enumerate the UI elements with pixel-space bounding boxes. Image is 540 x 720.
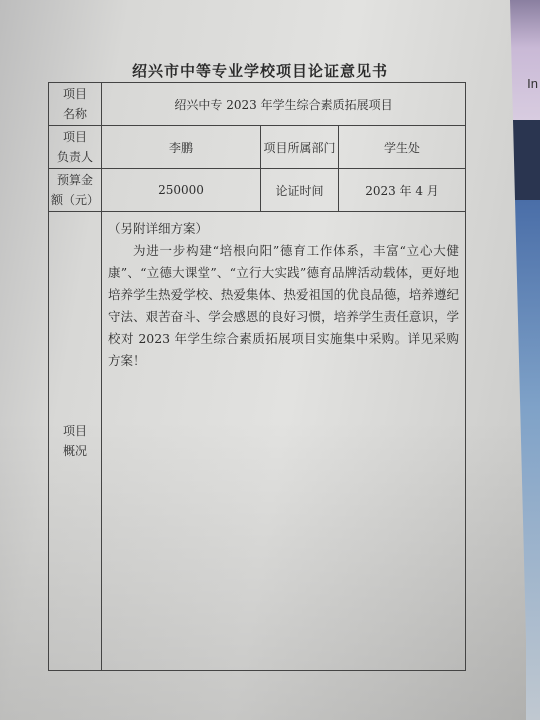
- background-label: In: [527, 76, 538, 91]
- label-review-time: 论证时间: [261, 169, 339, 212]
- row-overview: 项目 概况 （另附详细方案） 为进一步构建“培根向阳”德育工作体系，丰富“立心大…: [49, 212, 466, 671]
- label-project-name: 项目 名称: [49, 83, 102, 126]
- row-budget: 预算金 额（元） 250000 论证时间 2023 年 4 月: [49, 169, 466, 212]
- overview-note: （另附详细方案）: [108, 218, 459, 240]
- overview-paragraph: 为进一步构建“培根向阳”德育工作体系，丰富“立心大健康”、“立德大课堂”、“立行…: [108, 240, 459, 372]
- paper-sheet: 绍兴市中等专业学校项目论证意见书 项目 名称 绍兴中专 2023 年学生综合素质…: [0, 0, 526, 720]
- value-review-time: 2023 年 4 月: [339, 169, 466, 212]
- label-budget: 预算金 额（元）: [49, 169, 102, 212]
- label-department: 项目所属部门: [261, 126, 339, 169]
- label-overview: 项目 概况: [49, 212, 102, 671]
- value-project-name: 绍兴中专 2023 年学生综合素质拓展项目: [102, 83, 466, 126]
- value-budget: 250000: [102, 169, 261, 212]
- document-title: 绍兴市中等专业学校项目论证意见书: [0, 60, 520, 81]
- review-form-table: 项目 名称 绍兴中专 2023 年学生综合素质拓展项目 项目 负责人 李鹏 项目…: [48, 82, 466, 671]
- value-project-lead: 李鹏: [102, 126, 261, 169]
- row-project-lead: 项目 负责人 李鹏 项目所属部门 学生处: [49, 126, 466, 169]
- row-project-name: 项目 名称 绍兴中专 2023 年学生综合素质拓展项目: [49, 83, 466, 126]
- value-department: 学生处: [339, 126, 466, 169]
- label-project-lead: 项目 负责人: [49, 126, 102, 169]
- value-overview: （另附详细方案） 为进一步构建“培根向阳”德育工作体系，丰富“立心大健康”、“立…: [102, 212, 466, 671]
